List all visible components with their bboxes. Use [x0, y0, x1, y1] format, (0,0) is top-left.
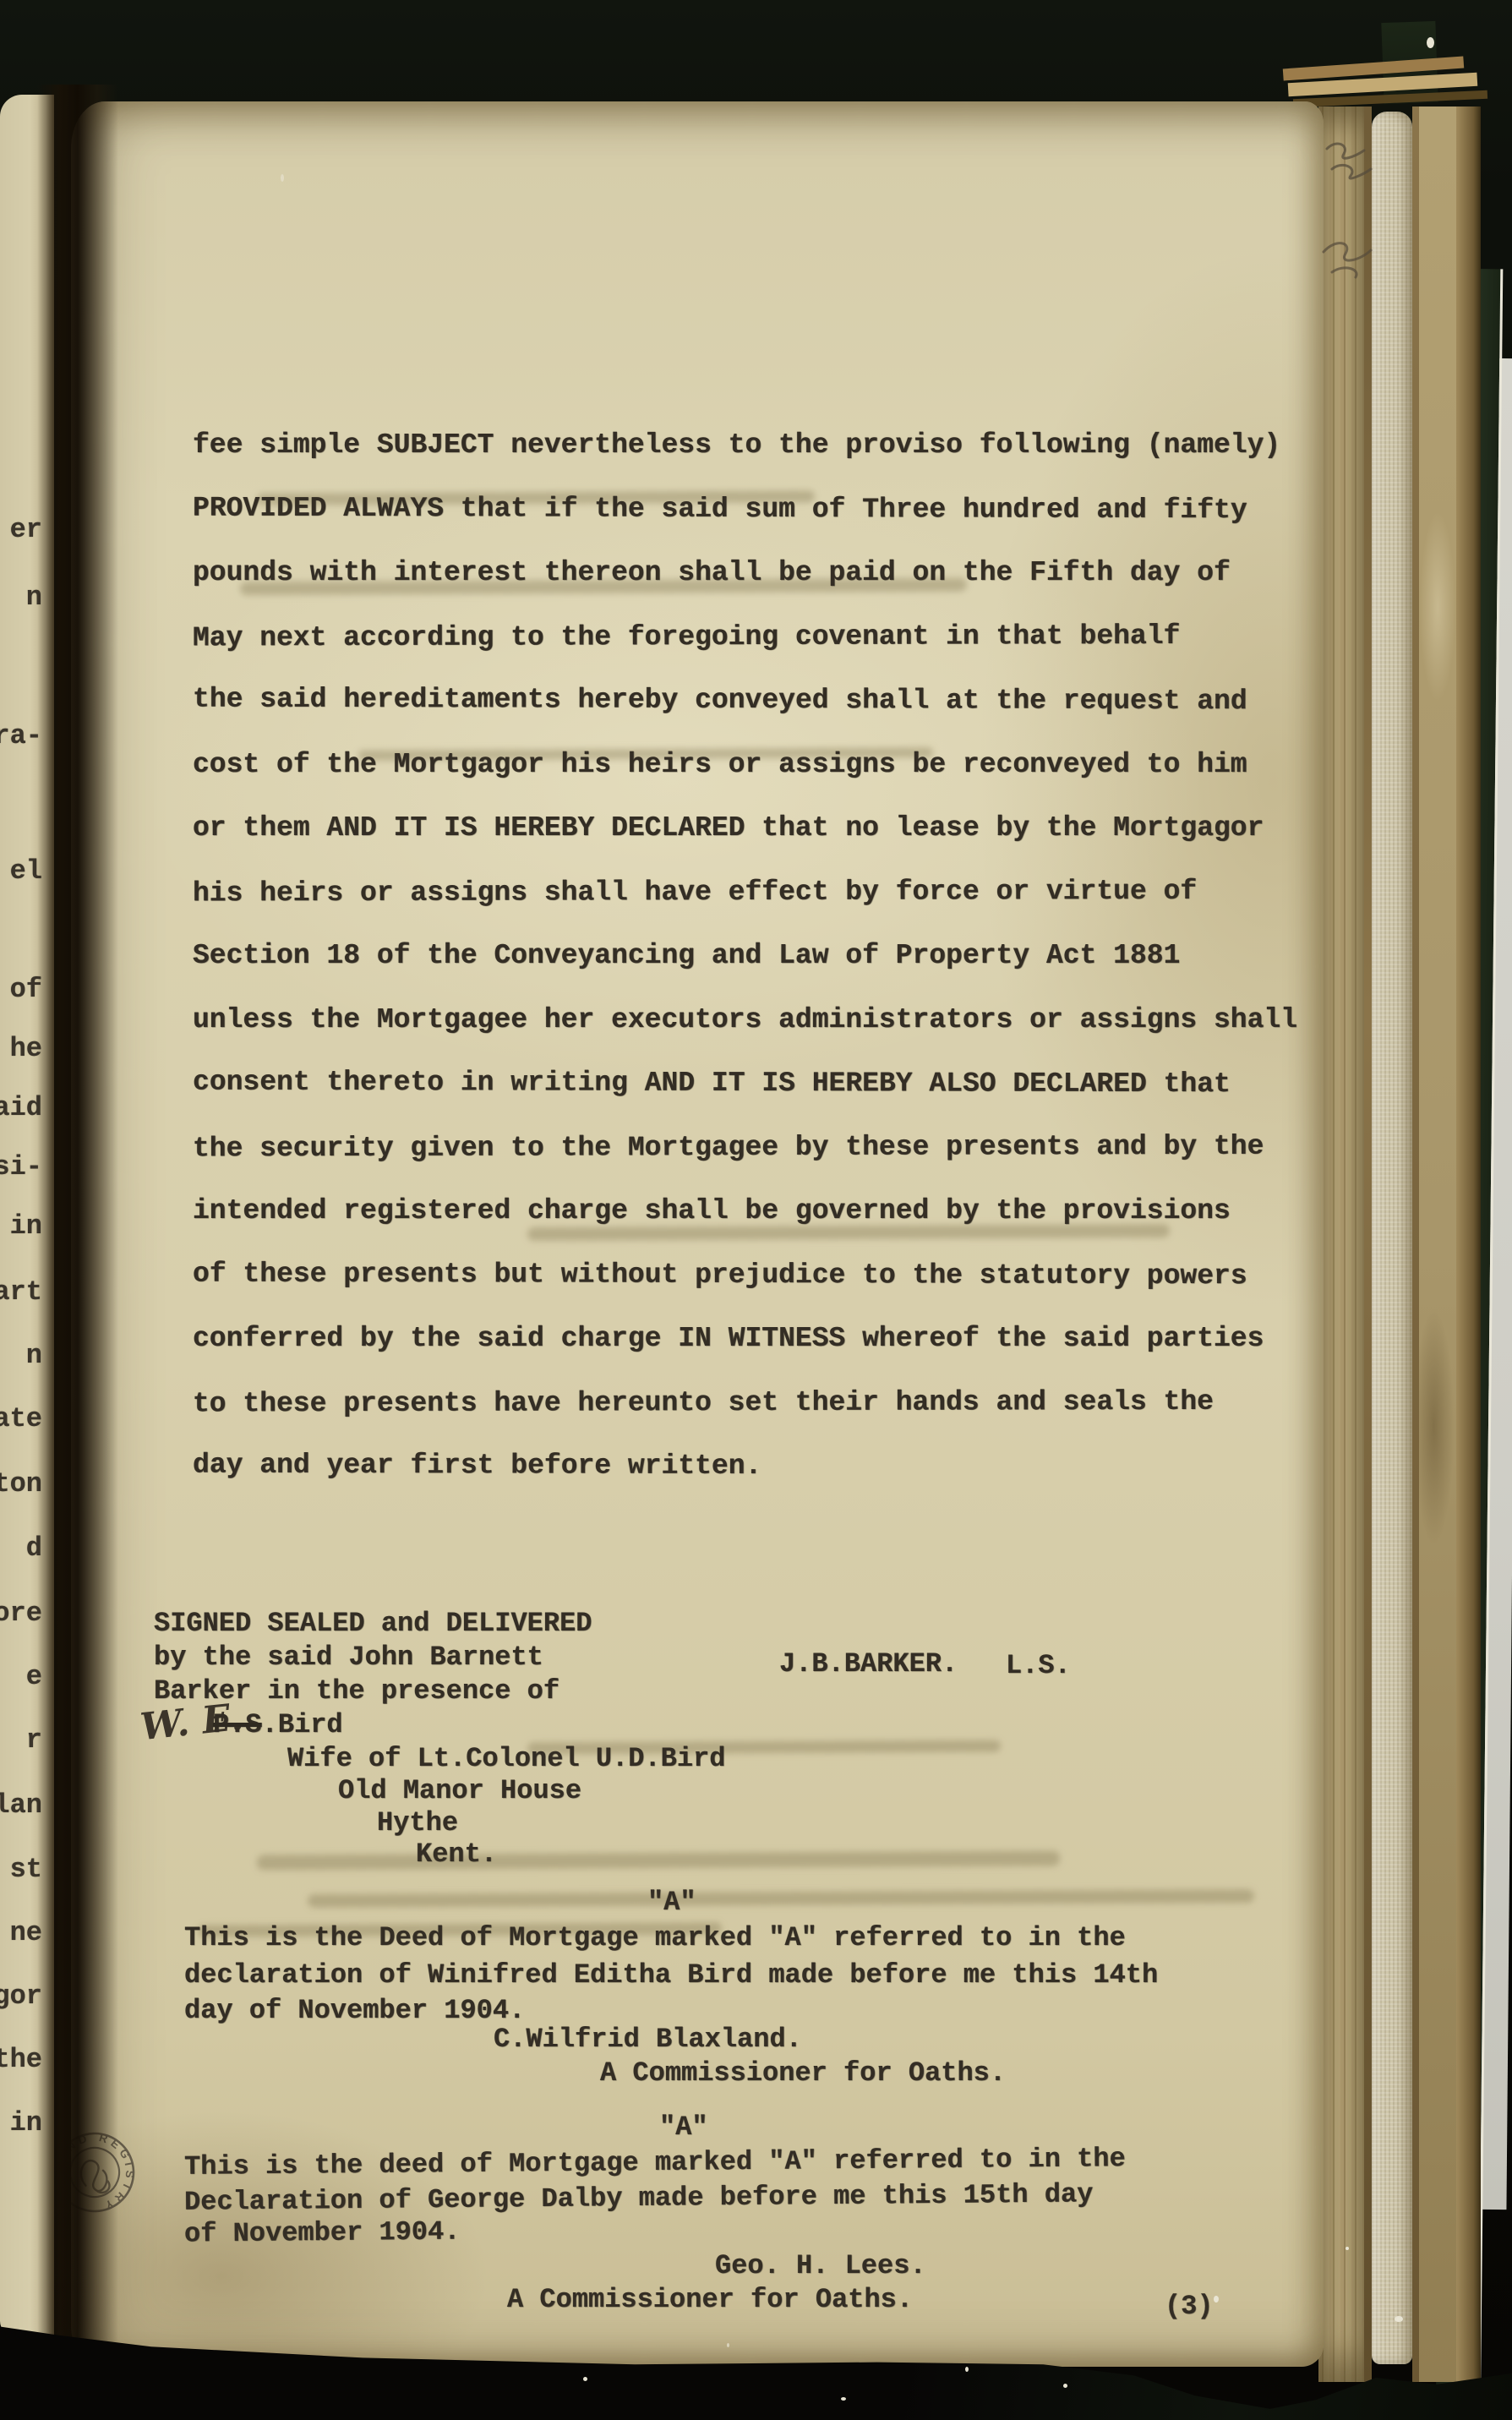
pencil-scribble [1315, 227, 1391, 286]
witness-description: Wife of Lt.Colonel U.D.Bird [287, 1743, 725, 1774]
document-line: consent thereto in writing AND IT IS HER… [193, 1067, 1317, 1133]
document-line: his heirs or assigns shall have effect b… [193, 875, 1317, 941]
previous-page-text-fragment: ra- [0, 720, 42, 751]
previous-page-text-fragment: the [0, 2044, 42, 2075]
document-line: of these presents but without prejudice … [193, 1258, 1317, 1324]
commissioner-title: A Commissioner for Oaths. [600, 2057, 1006, 2089]
attestation-line: day of November 1904. [184, 1995, 525, 2026]
witness-surname: .Bird [262, 1709, 343, 1740]
dust-speck [1427, 37, 1434, 48]
pencil-scribble [1320, 132, 1388, 191]
document-line: pounds with interest thereon shall be pa… [193, 557, 1317, 621]
document-line: the security given to the Mortgagee by t… [193, 1130, 1317, 1196]
exhibit-mark: "A" [659, 2111, 708, 2143]
deed-body-text: fee simple SUBJECT nevertheless to the p… [193, 429, 1317, 1515]
gutter-shadow [37, 85, 118, 2367]
previous-page-text-fragment: asi- [0, 1151, 42, 1183]
previous-page-text-fragment: plan [0, 1789, 42, 1821]
attestation-line: This is the Deed of Mortgage marked "A" … [184, 1922, 1126, 1953]
commissioner-signature: Geo. H. Lees. [715, 2250, 926, 2281]
previous-page-text-fragment: rtgagor [0, 1980, 42, 2012]
attestation-line: Declaration of George Dalby made before … [184, 2178, 1094, 2217]
witness-name-line: P.S.Bird [213, 1709, 343, 1740]
document-line: cost of the Mortgagor his heirs or assig… [193, 749, 1317, 813]
document-line: PROVIDED ALWAYS that if the said sum of … [193, 492, 1317, 558]
dust-speck [727, 2343, 729, 2347]
document-line: unless the Mortgagee her executors admin… [193, 1004, 1317, 1068]
page-edges-band [1318, 107, 1364, 2382]
document-line: the said hereditaments hereby conveyed s… [193, 684, 1317, 750]
dust-speck [965, 2367, 969, 2372]
document-line: intended registered charge shall be gove… [193, 1195, 1317, 1259]
document-line: to these presents have hereunto set thei… [193, 1385, 1317, 1451]
exhibit-mark: "A" [647, 1887, 696, 1918]
signature-clause-line: SIGNED SEALED and DELIVERED [154, 1608, 592, 1639]
ink-showthrough [308, 1889, 1254, 1908]
page-edges-band [1419, 107, 1456, 2382]
page-number: (3) [1165, 2291, 1214, 2322]
dust-speck [841, 2397, 846, 2401]
document-line: May next according to the foregoing cove… [193, 620, 1317, 686]
document-line: or them AND IT IS HEREBY DECLARED that n… [193, 812, 1317, 877]
dust-speck [1346, 2247, 1349, 2250]
witness-address-line: Hythe [377, 1807, 458, 1838]
seal-mark: L.S. [1006, 1650, 1071, 1681]
attestation-line: of November 1904. [184, 2216, 461, 2250]
book-photo: ernra-elofhesaidasi-inartnatehtondbefore… [0, 0, 1512, 2420]
page-stack-seam [1412, 107, 1419, 2382]
page-stack-seam [1364, 107, 1372, 2382]
document-line: conferred by the said charge IN WITNESS … [193, 1323, 1317, 1387]
page-stack-edge [1318, 107, 1481, 2382]
cloth-binding-band [1372, 112, 1412, 2364]
witness-address-line: Old Manor House [338, 1775, 581, 1806]
dust-speck [1063, 2384, 1067, 2388]
previous-page-text-fragment: e in [0, 2107, 42, 2139]
commissioner-title: A Commissioner for Oaths. [507, 2284, 913, 2315]
attestation-line: declaration of Winifred Editha Bird made… [184, 1959, 1158, 1991]
previous-page-text-fragment: art [0, 1276, 42, 1308]
previous-page-text-fragment: said [0, 1092, 42, 1123]
dust-speck [281, 174, 284, 182]
document-line: day and year first before written. [193, 1450, 1317, 1516]
commissioner-signature: C.Wilfrid Blaxland. [494, 2024, 802, 2055]
previous-page-text-fragment: before [0, 1598, 42, 1629]
page-stack-outer-edge [1456, 107, 1481, 2382]
ink-showthrough [257, 1851, 1060, 1871]
dust-speck [1214, 2296, 1219, 2303]
witness-address-line: Kent. [416, 1838, 497, 1870]
document-line: fee simple SUBJECT nevertheless to the p… [193, 429, 1317, 494]
signature-clause-line: by the said John Barnett [154, 1642, 543, 1673]
document-line: Section 18 of the Conveyancing and Law o… [193, 940, 1317, 1004]
dust-speck [1395, 2316, 1403, 2322]
struck-initials: P.S [213, 1709, 262, 1740]
mortgagor-signature: J.B.BARKER. [779, 1648, 958, 1680]
dust-speck [583, 2377, 587, 2381]
attestation-line: This is the deed of Mortgage marked "A" … [184, 2143, 1126, 2182]
previous-page-text-fragment: ate [0, 1403, 42, 1434]
previous-page-text-fragment: hton [0, 1468, 42, 1500]
document-page: fee simple SUBJECT nevertheless to the p… [71, 101, 1324, 2367]
